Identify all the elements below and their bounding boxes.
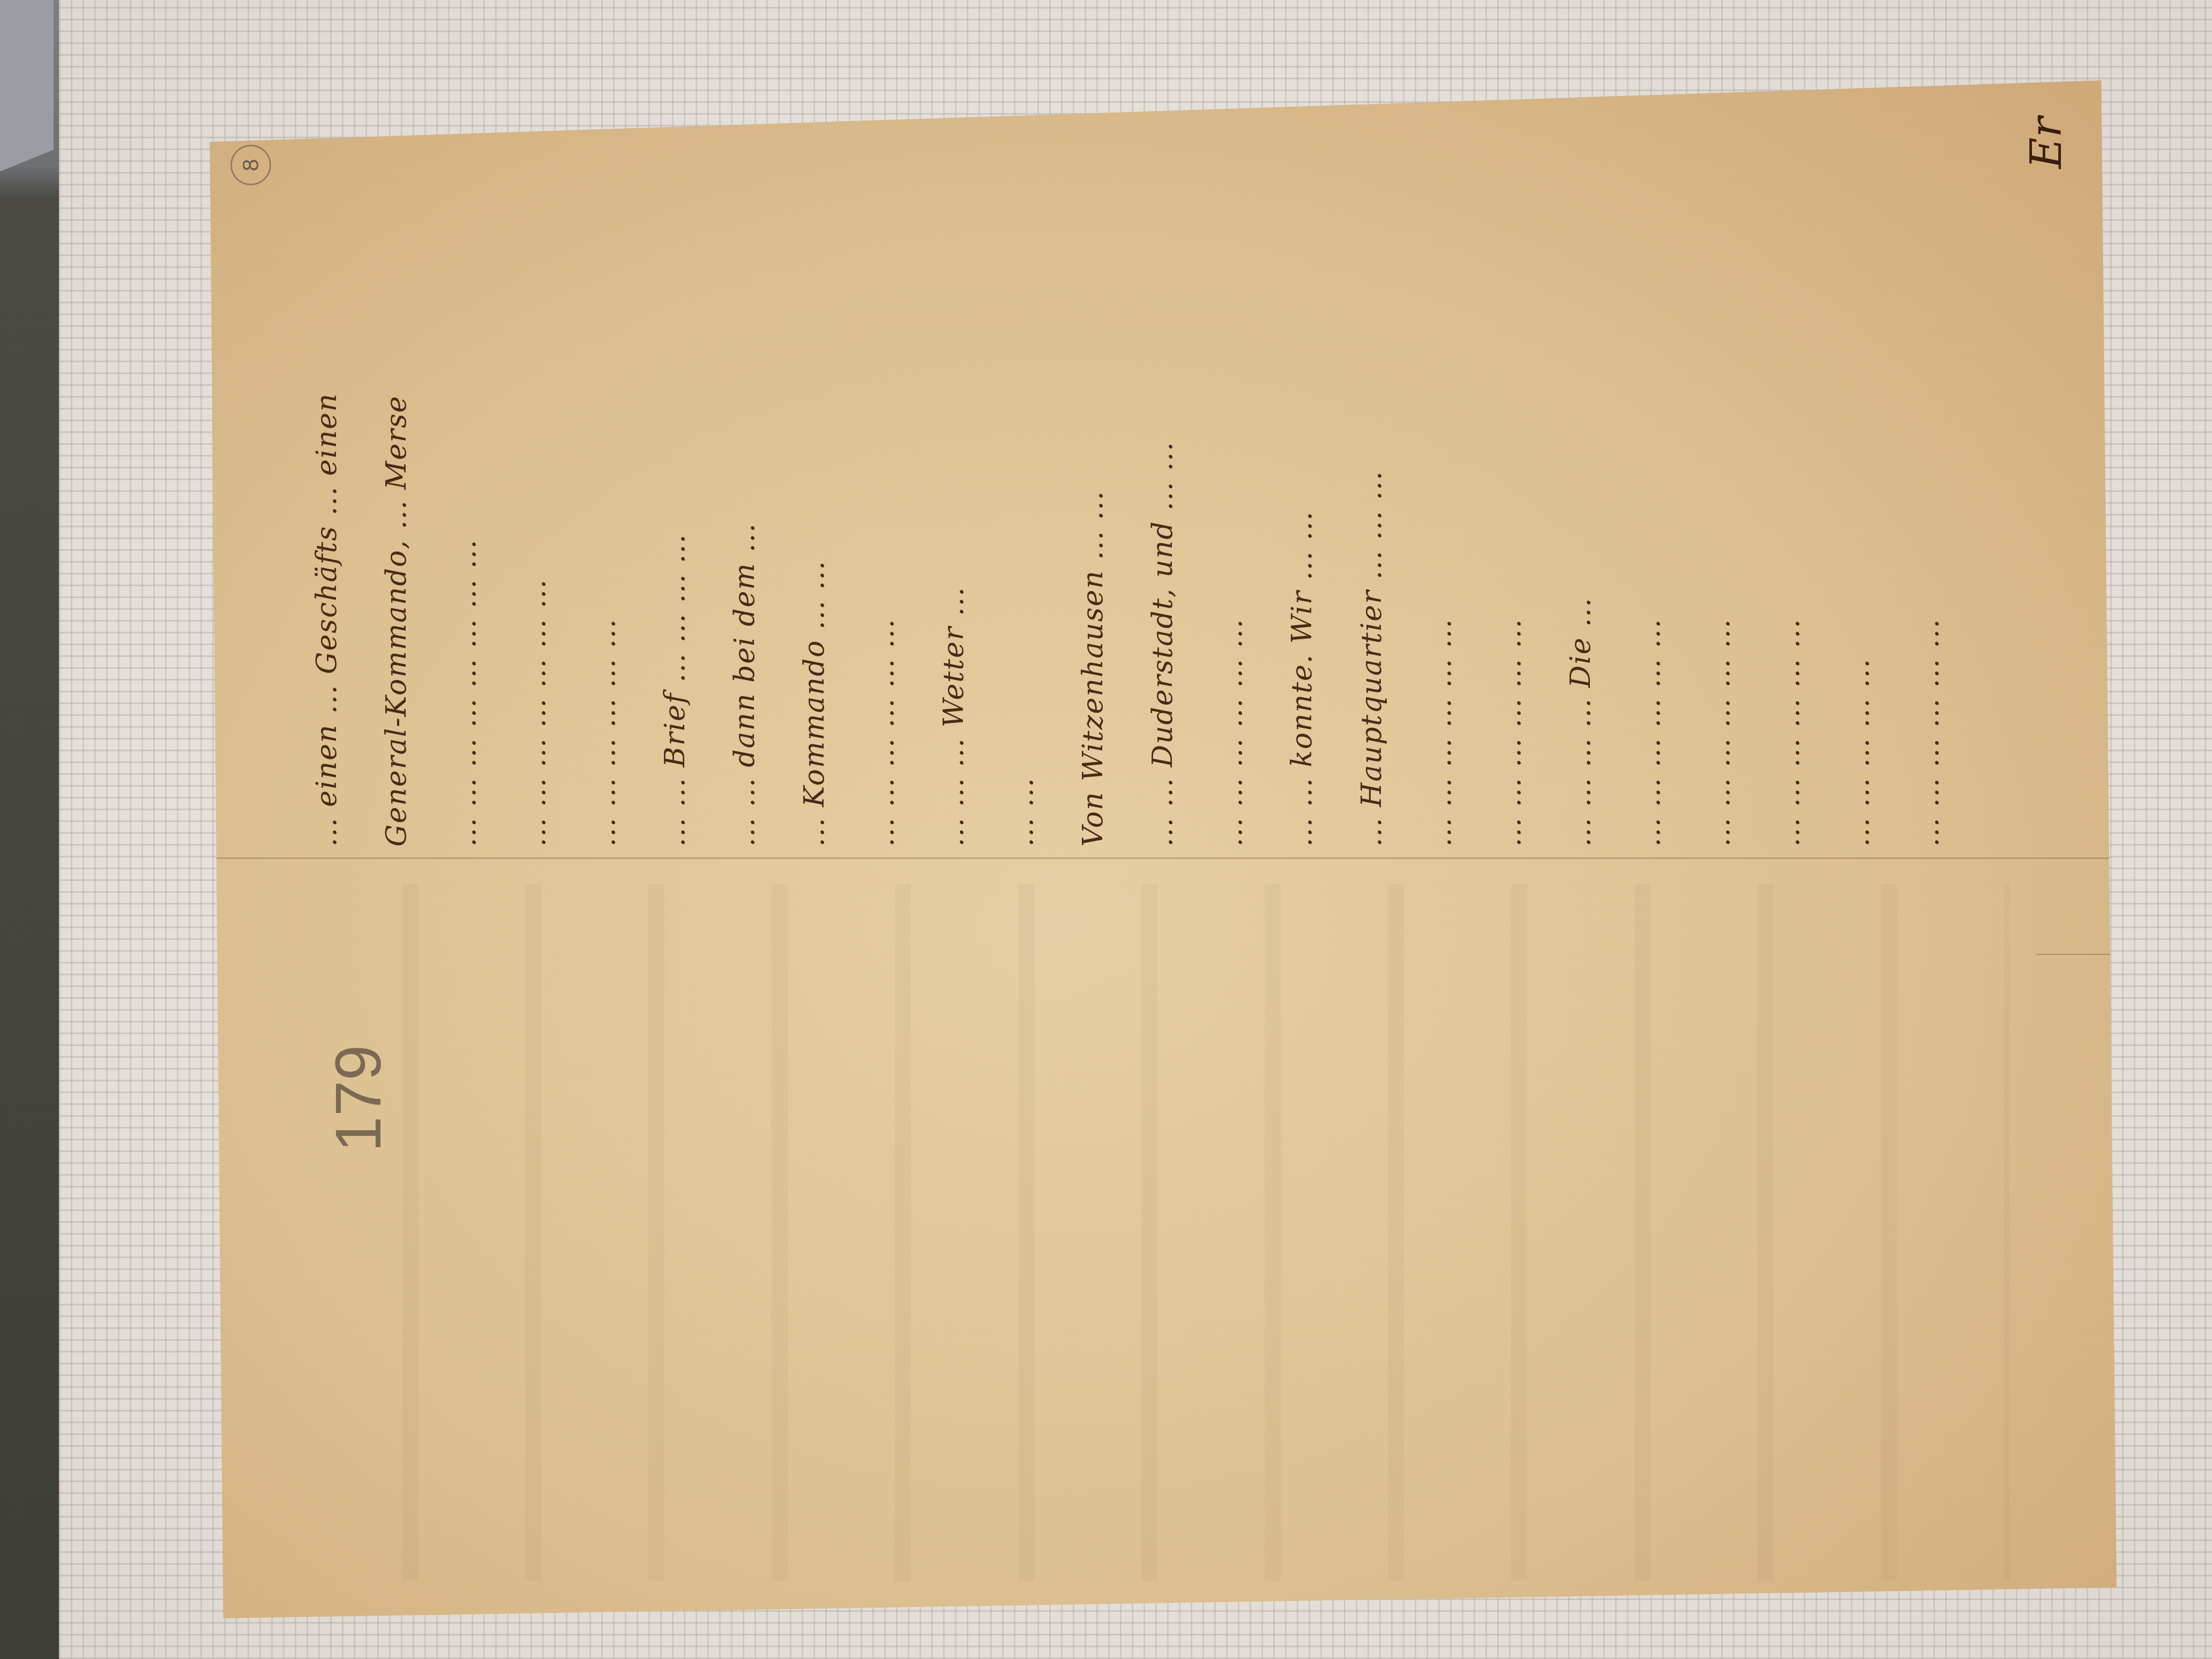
text-line: ... ... ... ... ... ... <box>1618 96 1683 847</box>
text-line: ... ... Duderstadt, und ... ... <box>1131 96 1195 847</box>
background-paper-scrap <box>0 0 54 171</box>
text-line: ... ... ... Wetter ... <box>922 96 986 847</box>
handwritten-text-block: ... einen ... Geschäfts ... einen Genera… <box>295 96 2117 847</box>
manuscript-sheet: 8 Er ... einen ... Geschäfts ... einen G… <box>198 80 2117 1618</box>
bleed-through-text <box>295 884 2009 1581</box>
text-line: ... ... Brief ... ... ... ... <box>643 96 707 847</box>
text-line: ... ... dann bei dem ... <box>713 96 777 847</box>
text-line: ... ... ... ... ... ... <box>1200 96 1265 847</box>
text-line: ... Hauptquartier ... ... ... <box>1340 96 1404 847</box>
text-line: ... ... <box>991 96 1056 847</box>
text-line: ... ... ... ... ... ... <box>1897 96 1961 847</box>
circled-folio-mark: 8 <box>230 145 271 185</box>
pencil-folio-number: 179 <box>322 1045 395 1152</box>
text-line: ... ... ... ... ... ... <box>573 96 638 847</box>
text-line: ... ... ... ... ... <box>1827 96 1892 847</box>
text-line: ... Kommando ... ... <box>782 96 847 847</box>
text-line: ... ... ... ... ... ... <box>1688 96 1752 847</box>
text-line: ... ... ... ... ... ... ... ... <box>434 96 498 847</box>
text-line: ... ... ... ... ... ... ... <box>504 96 568 847</box>
paper-fold-line <box>198 857 2117 859</box>
text-line: ... ... ... ... ... ... <box>1479 96 1543 847</box>
text-line: ... ... ... ... ... ... <box>1409 96 1474 847</box>
text-line: ... einen ... Geschäfts ... einen <box>295 96 359 847</box>
text-line: ... ... konnte. Wir ... ... <box>1270 96 1334 847</box>
text-line: ... ... ... ... ... ... <box>1758 96 1822 847</box>
paper-tear <box>2036 954 2117 955</box>
text-line: ... ... ... ... ... ... <box>852 96 916 847</box>
text-line: ... ... ... ... Die ... <box>1549 96 1613 847</box>
text-line: Von Witzenhausen ... ... <box>1061 96 1125 847</box>
text-line: General-Kommando, ... Merse <box>364 96 429 847</box>
background-dark-edge <box>0 0 59 1659</box>
